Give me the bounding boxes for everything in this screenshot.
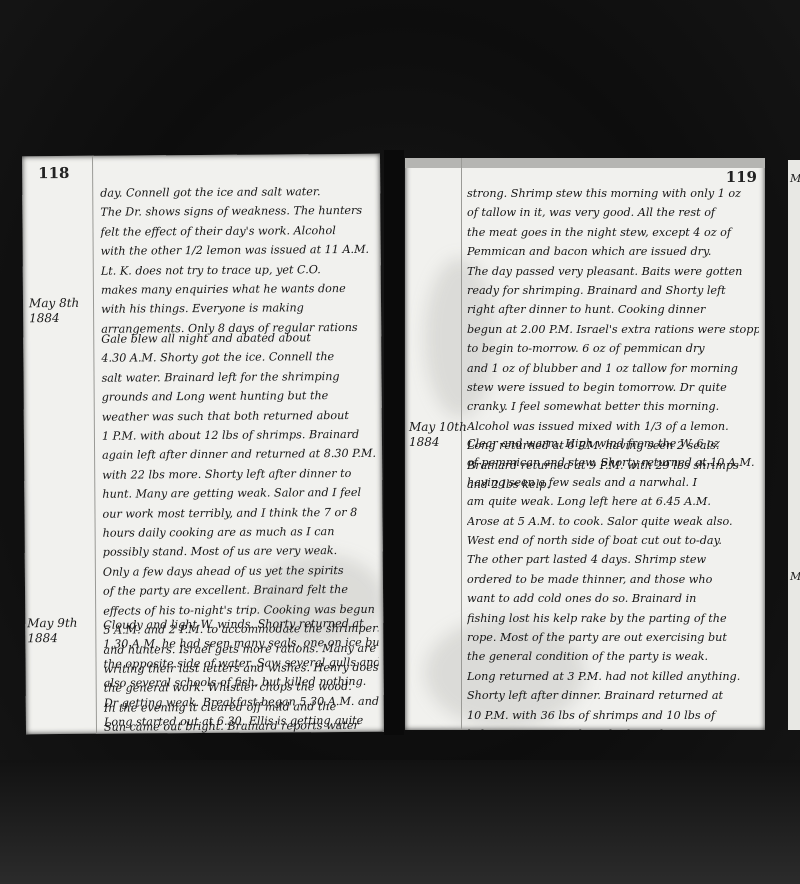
text-line: The Dr. shows signs of weakness. The hun…	[100, 201, 375, 222]
text-line: am quite weak. Long left here at 6.45 A.…	[467, 492, 759, 511]
entry-may-10: Clear and warm. High wind from the W. 6 …	[467, 434, 759, 730]
text-line: Lt. K. does not try to trace up, yet C.O…	[101, 259, 376, 280]
text-line: of tallow in it, was very good. All the …	[467, 203, 759, 222]
text-line: grounds and Long went hunting but the	[102, 386, 377, 407]
text-line: to begin to-morrow. 6 oz of pemmican dry	[467, 339, 759, 358]
text-line: strong. Shrimp stew this morning with on…	[467, 184, 759, 203]
entry-may-9: Cloudy and light W. winds. Shorty return…	[103, 614, 379, 732]
text-line: possibly stand. Most of us are very weak…	[103, 541, 378, 562]
text-line: kelp. Men very weak. Only three days mor…	[467, 725, 759, 730]
entry-date-may-9: May 9th 1884	[27, 616, 77, 646]
text-line: weather was such that both returned abou…	[102, 405, 377, 426]
text-line: also several schools of fish, but killed…	[104, 672, 379, 693]
text-line: Cloudy and light W. winds. Shorty return…	[103, 614, 378, 635]
text-line: Only a few days ahead of us yet the spir…	[103, 561, 378, 582]
text-line: 10 P.M. with 36 lbs of shrimps and 10 lb…	[467, 706, 759, 725]
text-line: begun at 2.00 P.M. Israel's extra ration…	[467, 320, 759, 339]
text-line: right after dinner to hunt. Cooking dinn…	[467, 300, 759, 319]
text-line: rope. Most of the party are out exercisi…	[467, 628, 759, 647]
text-line: Dr getting weak. Breakfast began 5.30 A.…	[104, 691, 379, 712]
next-page-edge	[788, 160, 800, 730]
text-line: of the party are excellent. Brainard fel…	[103, 580, 378, 601]
left-page: 118 day. Connell got the ice and salt wa…	[22, 154, 384, 734]
text-line: cranky. I feel somewhat better this morn…	[467, 397, 759, 416]
text-line: the meat goes in the night stew, except …	[467, 223, 759, 242]
text-line: Gale blew all night and abated about	[101, 328, 376, 349]
entry-date-may-10: May 10th 1884	[409, 420, 467, 450]
text-line: want to add cold ones do so. Brainard in	[467, 589, 759, 608]
text-line: Pemmican and bacon which are issued dry.	[467, 242, 759, 261]
page-number: 118	[38, 164, 69, 182]
text-line: Shorty left after dinner. Brainard retur…	[467, 686, 759, 705]
text-line: felt the effect of their day's work. Alc…	[100, 221, 375, 242]
text-line: with his things. Everyone is making	[101, 298, 376, 319]
text-line: fishing lost his kelp rake by the partin…	[467, 609, 759, 628]
next-page-mark: M	[790, 570, 800, 583]
text-line: ordered to be made thinner, and those wh…	[467, 570, 759, 589]
text-line: with 22 lbs more. Shorty left after dinn…	[102, 464, 377, 485]
date-label: May 9th	[27, 616, 77, 631]
text-line: West end of north side of boat cut out t…	[467, 531, 759, 550]
text-line: The other part lasted 4 days. Shrimp ste…	[467, 550, 759, 569]
text-line: makes many enquiries what he wants done	[101, 279, 376, 300]
text-line: having seen a few seals and a narwhal. I	[467, 473, 759, 492]
entry-date-may-8: May 8th 1884	[29, 296, 79, 326]
text-line: the opposite side of water. Saw several …	[103, 653, 378, 674]
text-line: The day passed very pleasant. Baits were…	[467, 262, 759, 281]
year-label: 1884	[409, 435, 467, 450]
entry-continuation: day. Connell got the ice and salt water.…	[100, 182, 376, 339]
text-line: the general condition of the party is we…	[467, 647, 759, 666]
year-label: 1884	[29, 311, 79, 326]
text-line: Long started out at 6.30. Ellis is getti…	[104, 711, 379, 732]
text-line: hours daily cooking are as much as I can	[103, 522, 378, 543]
book-spine	[384, 150, 404, 735]
text-line: 1 P.M. with about 12 lbs of shrimps. Bra…	[102, 425, 377, 446]
text-line: with the other 1/2 lemon was issued at 1…	[101, 240, 376, 261]
text-line: Arose at 5 A.M. to cook. Salor quite wea…	[467, 512, 759, 531]
text-line: 4.30 A.M. Shorty got the ice. Connell th…	[101, 347, 376, 368]
text-line: salt water. Brainard left for the shrimp…	[101, 367, 376, 388]
date-label: May 8th	[29, 296, 79, 311]
text-line: hunt. Many are getting weak. Salor and I…	[102, 483, 377, 504]
text-line: Long returned at 3 P.M. had not killed a…	[467, 667, 759, 686]
text-line: day. Connell got the ice and salt water.	[100, 182, 375, 203]
right-page: 119 strong. Shrimp stew this morning wit…	[405, 158, 765, 730]
text-line: stew were issued to begin tomorrow. Dr q…	[467, 378, 759, 397]
text-line: and 1 oz of blubber and 1 oz tallow for …	[467, 359, 759, 378]
margin-rule	[92, 156, 97, 734]
text-line: again left after dinner and returned at …	[102, 444, 377, 465]
year-label: 1884	[27, 631, 77, 646]
text-line: our work most terribly, and I think the …	[102, 502, 377, 523]
page-top-edge	[405, 158, 765, 168]
text-line: ready for shrimping. Brainard and Shorty…	[467, 281, 759, 300]
text-line: Clear and warm. High wind from the W. 6 …	[467, 434, 759, 453]
next-page-mark: M	[790, 172, 800, 185]
date-label: May 10th	[409, 420, 467, 435]
text-line: 1.30 A.M. he had seen many seals, one on…	[103, 633, 378, 654]
text-line: of pemmican and stew. Shorty returned at…	[467, 453, 759, 472]
film-background	[0, 760, 800, 884]
